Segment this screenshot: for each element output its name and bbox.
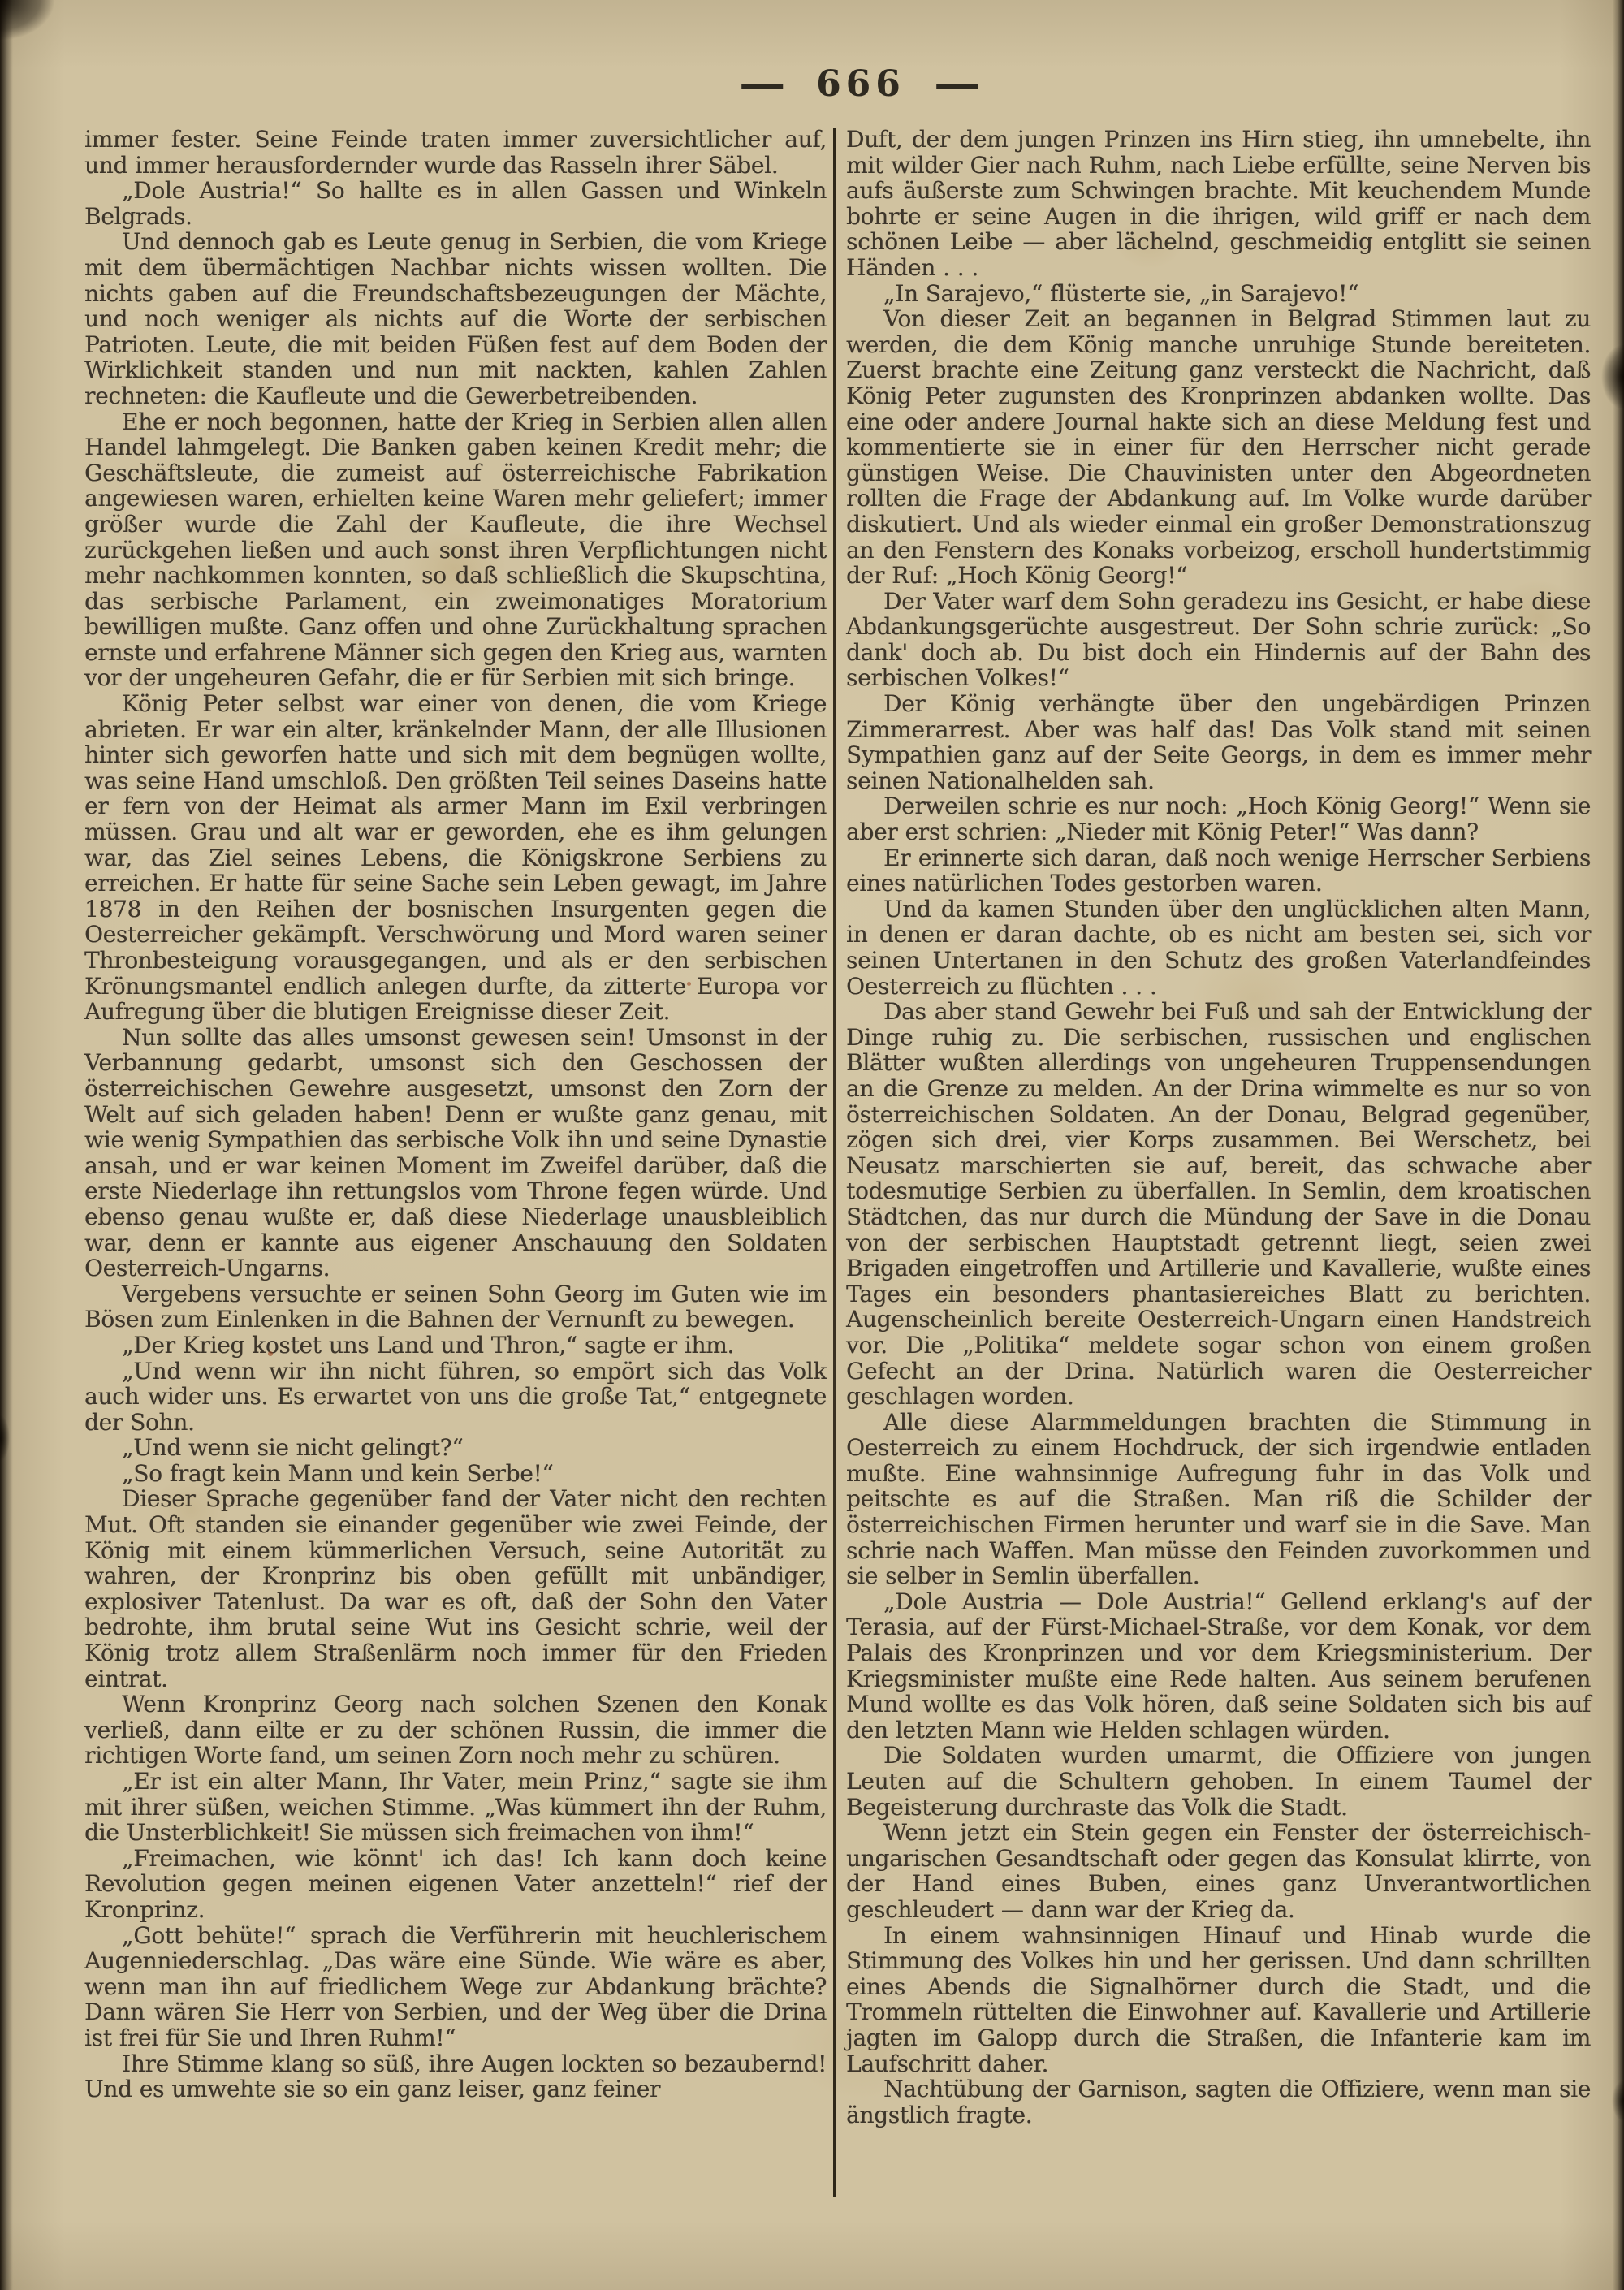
paragraph: „Gott behüte!“ sprach die Verführerin mi…	[84, 1923, 827, 2051]
paragraph: Der König verhängte über den ungebärdige…	[846, 691, 1591, 793]
paragraph: Ihre Stimme klang so süß, ihre Augen loc…	[84, 2051, 827, 2102]
scan-edge-blob	[1609, 2075, 1624, 2127]
paragraph: Nachtübung der Garnison, sagten die Offi…	[846, 2076, 1591, 2128]
book-page: — 666 — immer fester. Seine Feinde trate…	[0, 0, 1624, 2290]
paragraph: Nun sollte das alles umsonst gewesen sei…	[84, 1025, 827, 1281]
paragraph: „Freimachen, wie könnt' ich das! Ich kan…	[84, 1846, 827, 1923]
paragraph: „Der Krieg kostet uns Land und Thron,“ s…	[84, 1333, 827, 1359]
paragraph: Wenn Kronprinz Georg nach solchen Szenen…	[84, 1692, 827, 1769]
paragraph: „Er ist ein alter Mann, Ihr Vater, mein …	[84, 1769, 827, 1846]
paragraph: „Dole Austria!“ So hallte es in allen Ga…	[84, 178, 827, 229]
paragraph: Duft, der dem jungen Prinzen ins Hirn st…	[846, 127, 1591, 281]
paragraph: Von dieser Zeit an begannen in Belgrad S…	[846, 306, 1591, 589]
paragraph: Alle diese Alarmmeldungen brachten die S…	[846, 1410, 1591, 1589]
page-number: 666	[816, 63, 905, 105]
paragraph: Derweilen schrie es nur noch: „Hoch Köni…	[846, 793, 1591, 845]
paragraph: Er erinnerte sich daran, daß noch wenige…	[846, 845, 1591, 897]
header-dash-right: —	[934, 63, 983, 105]
paragraph: „Und wenn sie nicht gelingt?“	[84, 1435, 827, 1461]
scan-edge-blob	[1601, 345, 1624, 408]
page-header: — 666 —	[745, 63, 977, 105]
paragraph: Und dennoch gab es Leute genug in Serbie…	[84, 229, 827, 408]
paragraph: „Dole Austria — Dole Austria!“ Gellend e…	[846, 1589, 1591, 1743]
ink-speck	[687, 982, 691, 986]
column-divider-rule	[833, 128, 836, 2197]
paragraph: „So fragt kein Mann und kein Serbe!“	[84, 1461, 827, 1487]
paragraph: König Peter selbst war einer von denen, …	[84, 691, 827, 1025]
paragraph: Das aber stand Gewehr bei Fuß und sah de…	[846, 999, 1591, 1410]
header-dash-left: —	[739, 63, 788, 105]
paragraph: Vergebens versuchte er seinen Sohn Georg…	[84, 1281, 827, 1333]
paragraph: Die Soldaten wurden umarmt, die Offizier…	[846, 1743, 1591, 1820]
paragraph: Wenn jetzt ein Stein gegen ein Fenster d…	[846, 1820, 1591, 1922]
paragraph: „Und wenn wir ihn nicht führen, so empör…	[84, 1359, 827, 1436]
paragraph: Dieser Sprache gegenüber fand der Vater …	[84, 1486, 827, 1692]
text-column-right: Duft, der dem jungen Prinzen ins Hirn st…	[846, 127, 1591, 2128]
paragraph: Ehe er noch begonnen, hatte der Krieg in…	[84, 409, 827, 692]
paragraph: In einem wahnsinnigen Hinauf und Hinab w…	[846, 1923, 1591, 2077]
paragraph: Und da kamen Stunden über den unglücklic…	[846, 897, 1591, 999]
scan-corner-shadow	[0, 0, 73, 54]
paragraph: immer fester. Seine Feinde traten immer …	[84, 127, 827, 178]
paragraph: „In Sarajevo,“ flüsterte sie, „in Saraje…	[846, 281, 1591, 307]
scan-edge-shadow-left	[0, 0, 13, 2290]
paragraph: Der Vater warf dem Sohn geradezu ins Ges…	[846, 589, 1591, 691]
text-column-left: immer fester. Seine Feinde traten immer …	[84, 127, 827, 2102]
scan-edge-shadow-right	[1613, 0, 1624, 2290]
ink-speck	[268, 1351, 273, 1356]
